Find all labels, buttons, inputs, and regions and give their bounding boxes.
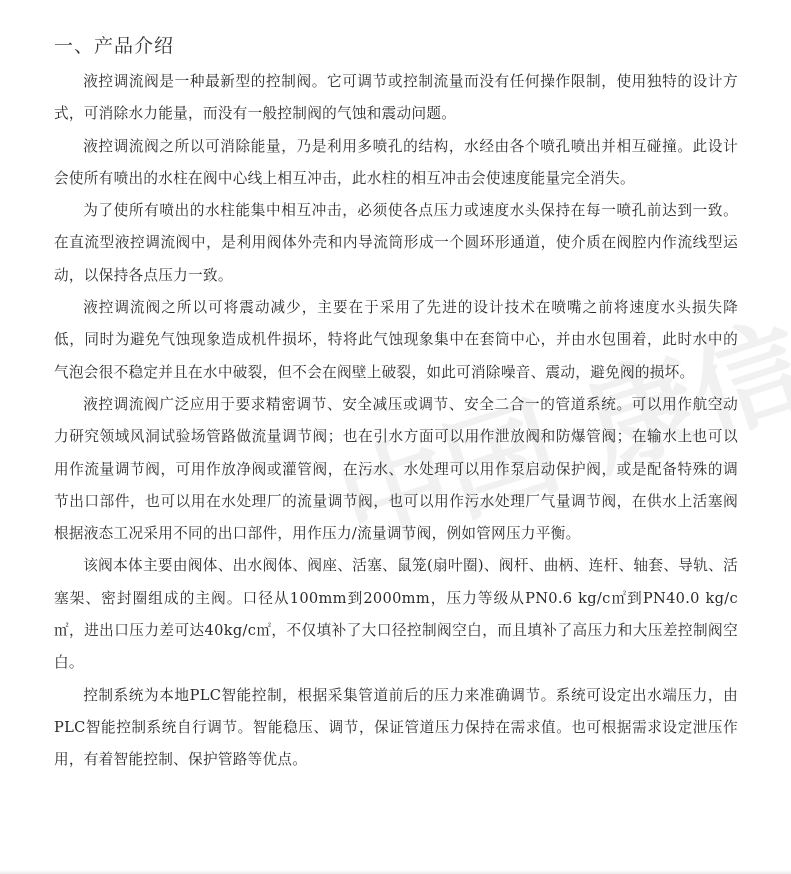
- document-body: 液控调流阀是一种最新型的控制阀。它可调节或控制流量而没有任何操作限制，使用独特的…: [54, 66, 738, 777]
- paragraph-pressure-uniformity: 为了使所有喷出的水柱能集中相互冲击，必须使各点压力或速度水头保持在每一喷孔前达到…: [54, 195, 738, 292]
- bottom-edge: [0, 870, 791, 874]
- document-page: 中国 康信 一、产品介绍 液控调流阀是一种最新型的控制阀。它可调节或控制流量而没…: [0, 0, 791, 874]
- paragraph-energy-dissipation: 液控调流阀之所以可消除能量，乃是利用多喷孔的结构，水经由各个喷孔喷出并相互碰撞。…: [54, 131, 738, 196]
- paragraph-intro: 液控调流阀是一种最新型的控制阀。它可调节或控制流量而没有任何操作限制，使用独特的…: [54, 66, 738, 131]
- paragraph-vibration-reduction: 液控调流阀之所以可将震动减少，主要在于采用了先进的设计技术在喷嘴之前将速度水头损…: [54, 292, 738, 389]
- paragraph-applications: 液控调流阀广泛应用于要求精密调节、安全减压或调节、安全二合一的管道系统。可以用作…: [54, 389, 738, 550]
- section-title: 一、产品介绍: [54, 31, 174, 58]
- paragraph-components: 该阀本体主要由阀体、出水阀体、阀座、活塞、鼠笼(扇叶圈)、阀杆、曲柄、连杆、轴套…: [54, 550, 738, 679]
- paragraph-control-system: 控制系统为本地PLC智能控制，根据采集管道前后的压力来准确调节。系统可设定出水端…: [54, 680, 738, 777]
